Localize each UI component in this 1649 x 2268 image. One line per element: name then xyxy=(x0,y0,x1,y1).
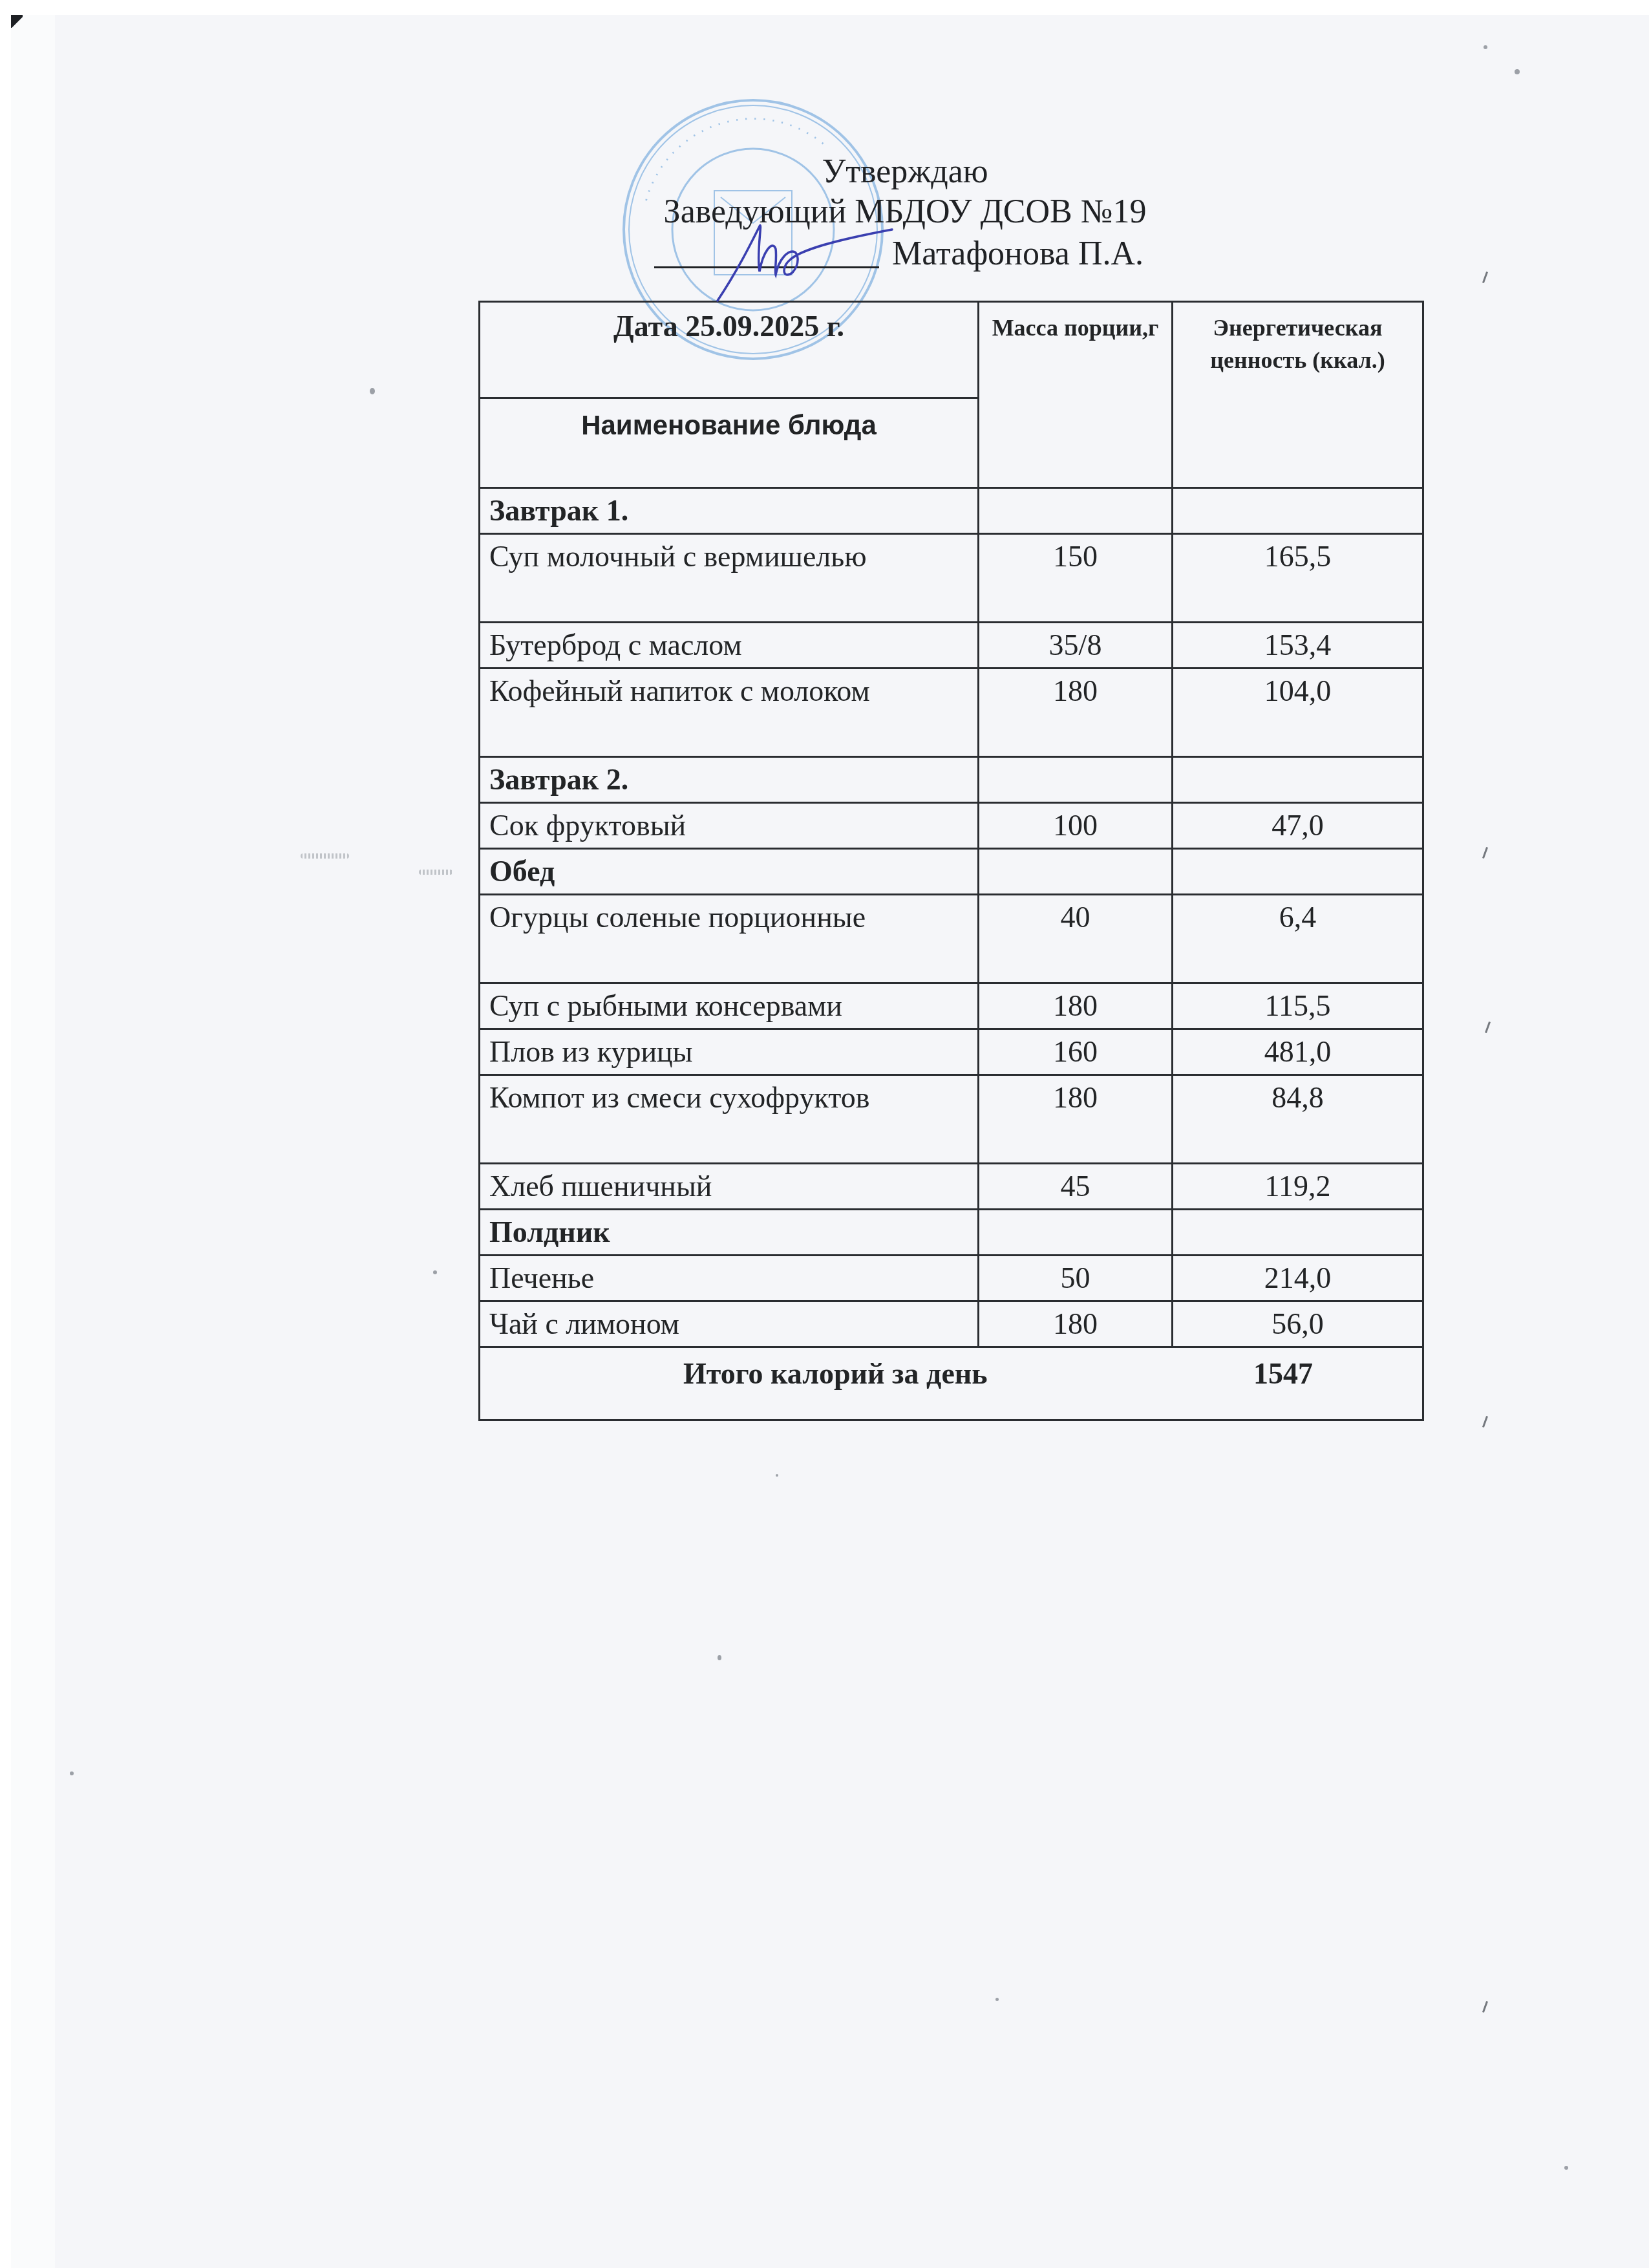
table-row: Бутерброд с маслом35/8153,4 xyxy=(480,623,1423,669)
energy-value xyxy=(1173,488,1423,534)
portion-mass: 150 xyxy=(979,534,1173,623)
dish-name-header: Наименование блюда xyxy=(480,398,979,488)
scan-speck xyxy=(70,1771,74,1775)
table-row: Сок фруктовый10047,0 xyxy=(480,803,1423,849)
dish-name: Суп с рыбными консервами xyxy=(480,983,979,1029)
portion-mass: 100 xyxy=(979,803,1173,849)
portion-mass: 50 xyxy=(979,1256,1173,1301)
energy-value: 6,4 xyxy=(1173,895,1423,983)
portion-mass: 40 xyxy=(979,895,1173,983)
scan-speck xyxy=(718,1655,721,1660)
energy-value xyxy=(1173,849,1423,895)
portion-mass xyxy=(979,488,1173,534)
meal-section-row: Завтрак 2. xyxy=(480,757,1423,803)
energy-value: 214,0 xyxy=(1173,1256,1423,1301)
portion-mass: 180 xyxy=(979,1301,1173,1347)
dish-name: Печенье xyxy=(480,1256,979,1301)
signer-name: Матафонова П.А. xyxy=(892,234,1144,274)
portion-mass: 180 xyxy=(979,669,1173,757)
table-row: Компот из смеси сухофруктов18084,8 xyxy=(480,1075,1423,1164)
energy-value xyxy=(1173,757,1423,803)
table-row: Суп молочный с вермишелью150165,5 xyxy=(480,534,1423,623)
dish-name: Сок фруктовый xyxy=(480,803,979,849)
table-row: Хлеб пшеничный45119,2 xyxy=(480,1164,1423,1210)
scan-speck xyxy=(1484,45,1487,49)
meal-section-name: Завтрак 1. xyxy=(480,488,979,534)
approval-title: Утверждаю xyxy=(582,152,1228,192)
handwritten-signature-icon xyxy=(711,213,905,304)
mass-header: Масса порции,г xyxy=(979,302,1173,488)
approver-position: Заведующий МБДОУ ДСОВ №19 xyxy=(582,192,1228,232)
energy-value: 56,0 xyxy=(1173,1301,1423,1347)
dish-name: Плов из курицы xyxy=(480,1029,979,1075)
dish-name: Компот из смеси сухофруктов xyxy=(480,1075,979,1164)
portion-mass: 35/8 xyxy=(979,623,1173,669)
scan-speck xyxy=(433,1270,437,1274)
dish-name: Бутерброд с маслом xyxy=(480,623,979,669)
scan-speck xyxy=(370,388,375,394)
portion-mass: 180 xyxy=(979,1075,1173,1164)
meal-section-name: Обед xyxy=(480,849,979,895)
portion-mass xyxy=(979,757,1173,803)
table-row: Кофейный напиток с молоком180104,0 xyxy=(480,669,1423,757)
energy-value: 115,5 xyxy=(1173,983,1423,1029)
energy-value: 153,4 xyxy=(1173,623,1423,669)
total-row: Итого калорий за день1547 xyxy=(480,1347,1423,1420)
scan-smudge xyxy=(419,870,452,875)
scan-corner-mark xyxy=(11,15,23,28)
meal-section-name: Полдник xyxy=(480,1210,979,1256)
portion-mass: 160 xyxy=(979,1029,1173,1075)
menu-table: Дата 25.09.2025 г. Масса порции,г Энерге… xyxy=(478,301,1424,1421)
total-label: Итого калорий за день xyxy=(683,1352,988,1396)
table-row: Плов из курицы160481,0 xyxy=(480,1029,1423,1075)
scan-edge-strip xyxy=(11,15,55,2268)
dish-name: Кофейный напиток с молоком xyxy=(480,669,979,757)
portion-mass xyxy=(979,1210,1173,1256)
energy-value: 47,0 xyxy=(1173,803,1423,849)
meal-section-row: Обед xyxy=(480,849,1423,895)
table-row: Суп с рыбными консервами180115,5 xyxy=(480,983,1423,1029)
scan-speck xyxy=(776,1474,778,1477)
table-header-row: Дата 25.09.2025 г. Масса порции,г Энерге… xyxy=(480,302,1423,398)
portion-mass: 180 xyxy=(979,983,1173,1029)
dish-name: Огурцы соленые порционные xyxy=(480,895,979,983)
portion-mass: 45 xyxy=(979,1164,1173,1210)
energy-value: 165,5 xyxy=(1173,534,1423,623)
energy-value: 84,8 xyxy=(1173,1075,1423,1164)
meal-section-row: Полдник xyxy=(480,1210,1423,1256)
table-row: Чай с лимоном18056,0 xyxy=(480,1301,1423,1347)
energy-value xyxy=(1173,1210,1423,1256)
energy-value: 119,2 xyxy=(1173,1164,1423,1210)
scan-speck xyxy=(995,1998,999,2001)
table-row: Печенье50214,0 xyxy=(480,1256,1423,1301)
meal-section-name: Завтрак 2. xyxy=(480,757,979,803)
portion-mass xyxy=(979,849,1173,895)
dish-name: Чай с лимоном xyxy=(480,1301,979,1347)
table-row: Огурцы соленые порционные406,4 xyxy=(480,895,1423,983)
total-calories-value: 1547 xyxy=(1253,1352,1313,1396)
energy-header: Энергетическая ценность (ккал.) xyxy=(1173,302,1423,488)
date-header: Дата 25.09.2025 г. xyxy=(480,302,979,398)
total-cell: Итого калорий за день1547 xyxy=(480,1347,1423,1420)
approval-block: Утверждаю Заведующий МБДОУ ДСОВ №19 xyxy=(582,152,1228,232)
meal-section-row: Завтрак 1. xyxy=(480,488,1423,534)
scan-smudge xyxy=(301,853,349,859)
energy-value: 481,0 xyxy=(1173,1029,1423,1075)
dish-name: Хлеб пшеничный xyxy=(480,1164,979,1210)
dish-name: Суп молочный с вермишелью xyxy=(480,534,979,623)
scan-speck xyxy=(1515,69,1520,74)
energy-value: 104,0 xyxy=(1173,669,1423,757)
scan-speck xyxy=(1564,2166,1568,2170)
